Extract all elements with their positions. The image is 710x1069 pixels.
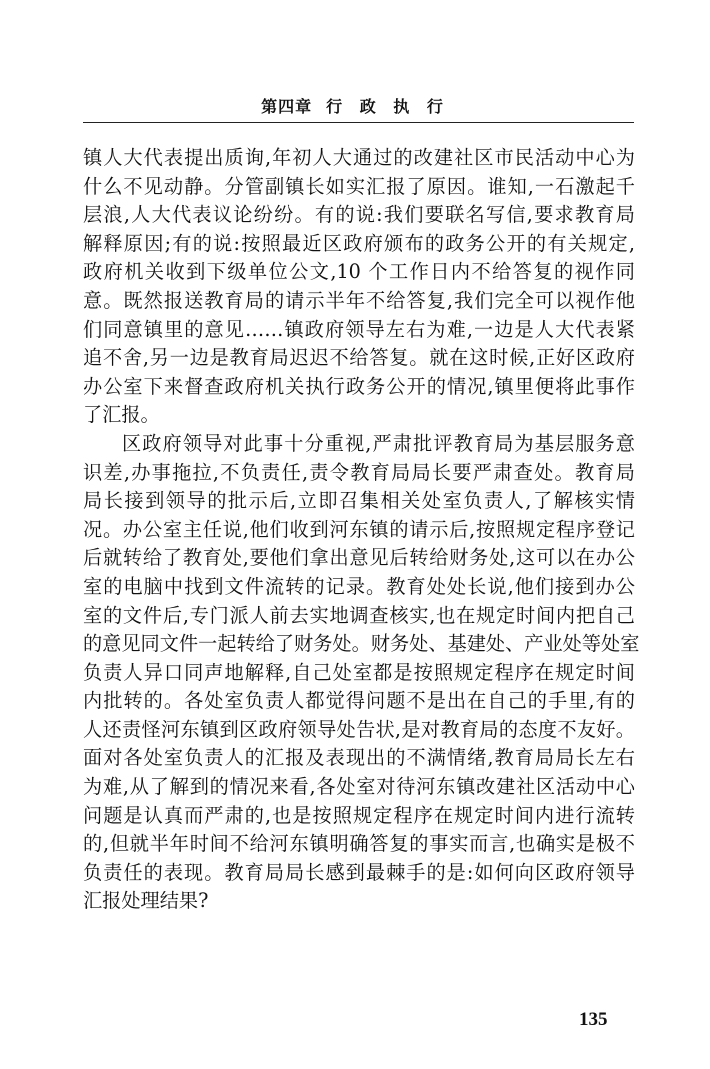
- header-rule: [83, 122, 634, 123]
- body-text: 镇人大代表提出质询,年初人大通过的改建社区市民活动中心为 什么不见动静。分管副镇…: [83, 144, 635, 916]
- text-line: 室的电脑中找到文件流转的记录。教育处处长说,他们接到办公: [83, 573, 635, 602]
- paragraph-2: 区政府领导对此事十分重视,严肃批评教育局为基层服务意 识差,办事拖拉,不负责任,…: [83, 430, 635, 916]
- text-line: 追不舍,另一边是教育局迟迟不给答复。就在这时候,正好区政府: [83, 344, 635, 373]
- text-line: 识差,办事拖拉,不负责任,责令教育局局长要严肃查处。教育局: [83, 459, 635, 488]
- text-line: 了汇报。: [83, 401, 635, 430]
- text-line: 政府机关收到下级单位公文,10 个工作日内不给答复的视作同: [83, 258, 635, 287]
- text-line: 汇报处理结果?: [83, 887, 635, 916]
- text-line: 镇人大代表提出质询,年初人大通过的改建社区市民活动中心为: [83, 144, 635, 173]
- text-line: 问题是认真而严肃的,也是按照规定程序在规定时间内进行流转: [83, 802, 635, 831]
- text-line: 负责任的表现。教育局局长感到最棘手的是:如何向区政府领导: [83, 859, 635, 888]
- running-head: 第四章行 政 执 行: [0, 94, 710, 117]
- text-line: 人还责怪河东镇到区政府领导处告状,是对教育局的态度不友好。: [83, 716, 635, 745]
- chapter-label: 第四章: [261, 97, 312, 116]
- page-number: 135: [579, 1009, 608, 1031]
- text-line: 面对各处室负责人的汇报及表现出的不满情绪,教育局局长左右: [83, 744, 635, 773]
- text-line: 们同意镇里的意见……镇政府领导左右为难,一边是人大代表紧: [83, 316, 635, 345]
- text-line: 为难,从了解到的情况来看,各处室对待河东镇改建社区活动中心: [83, 773, 635, 802]
- text-line: 局长接到领导的批示后,立即召集相关处室负责人,了解核实情: [83, 487, 635, 516]
- text-line: 室的文件后,专门派人前去实地调查核实,也在规定时间内把自己: [83, 602, 635, 631]
- chapter-title: 行 政 执 行: [326, 97, 449, 116]
- text-line: 况。办公室主任说,他们收到河东镇的请示后,按照规定程序登记: [83, 516, 635, 545]
- paragraph-1: 镇人大代表提出质询,年初人大通过的改建社区市民活动中心为 什么不见动静。分管副镇…: [83, 144, 635, 430]
- text-line: 解释原因;有的说:按照最近区政府颁布的政务公开的有关规定,: [83, 230, 635, 259]
- text-line: 办公室下来督查政府机关执行政务公开的情况,镇里便将此事作: [83, 373, 635, 402]
- text-line: 什么不见动静。分管副镇长如实汇报了原因。谁知,一石激起千: [83, 173, 635, 202]
- text-line: 负责人异口同声地解释,自己处室都是按照规定程序在规定时间: [83, 659, 635, 688]
- text-line: 的意见同文件一起转给了财务处。财务处、基建处、产业处等处室: [83, 630, 635, 659]
- text-line: 的,但就半年时间不给河东镇明确答复的事实而言,也确实是极不: [83, 830, 635, 859]
- text-line: 后就转给了教育处,要他们拿出意见后转给财务处,这可以在办公: [83, 544, 635, 573]
- text-line: 层浪,人大代表议论纷纷。有的说:我们要联名写信,要求教育局: [83, 201, 635, 230]
- text-line: 内批转的。各处室负责人都觉得问题不是出在自己的手里,有的: [83, 687, 635, 716]
- text-line: 意。既然报送教育局的请示半年不给答复,我们完全可以视作他: [83, 287, 635, 316]
- text-line: 区政府领导对此事十分重视,严肃批评教育局为基层服务意: [83, 430, 635, 459]
